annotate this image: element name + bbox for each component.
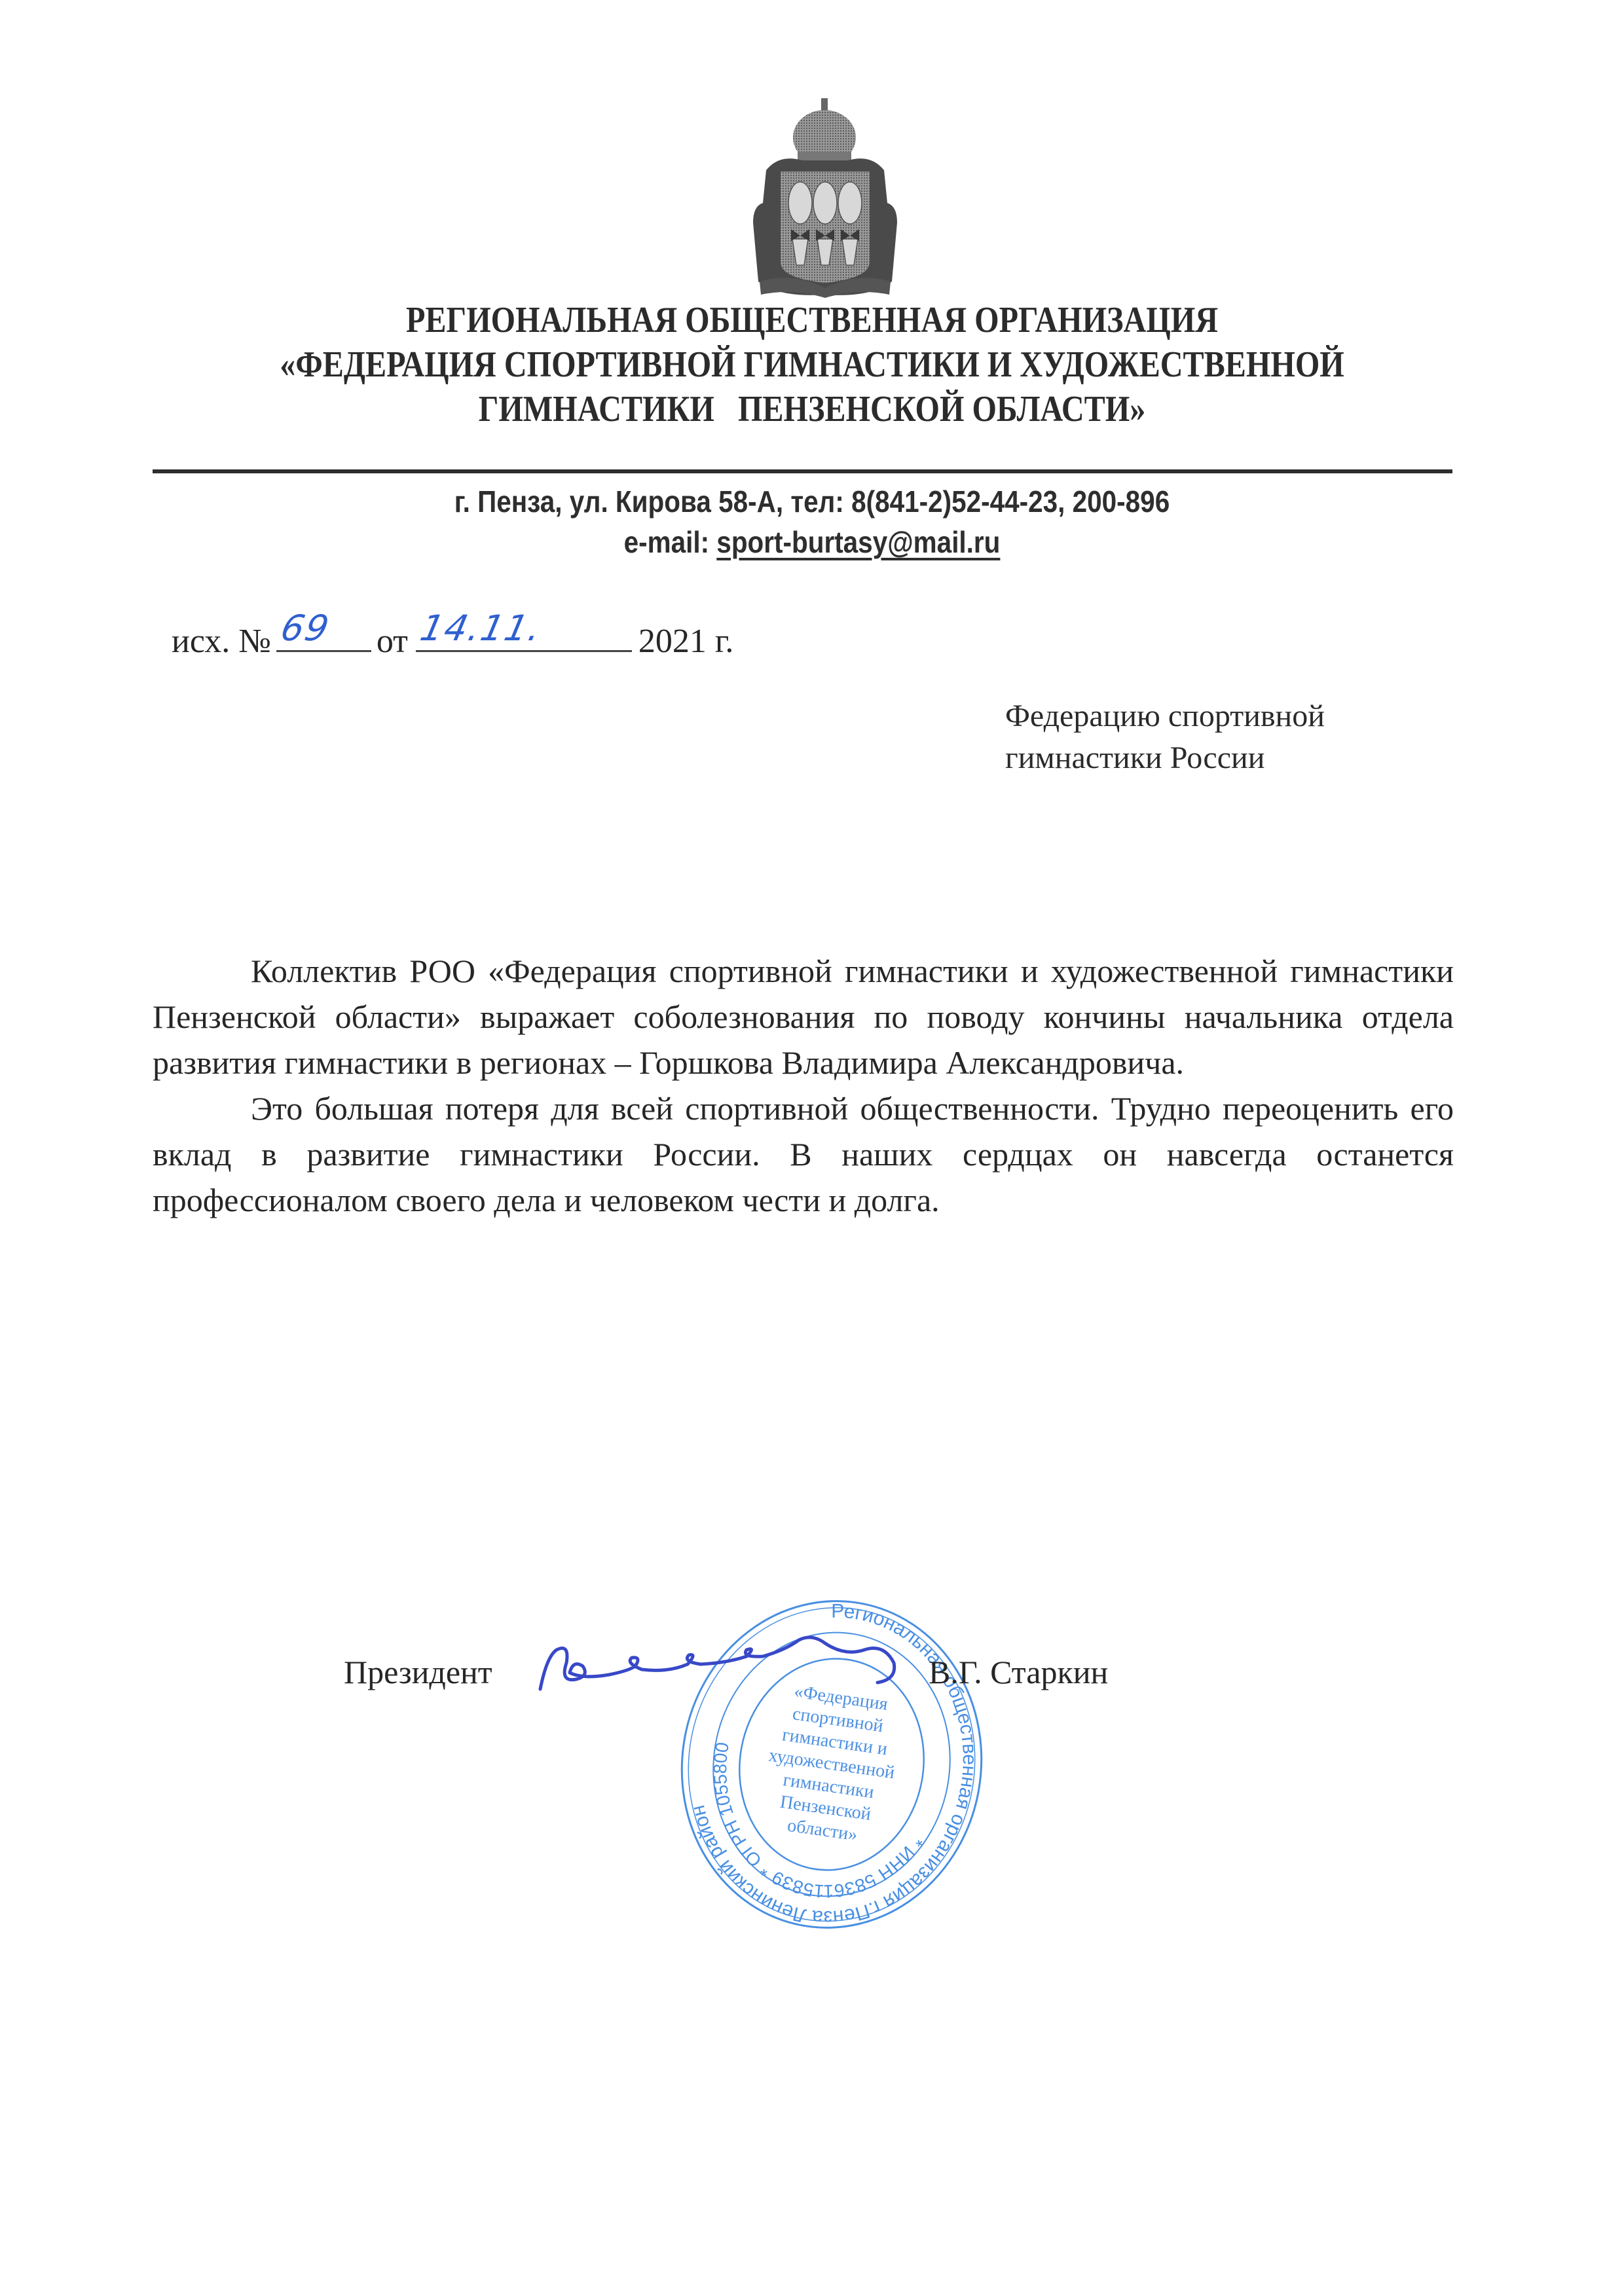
addressee-line-2: гимнастики России [1005,737,1325,779]
email-label: e-mail: [624,525,717,559]
org-title-line-3: ГИМНАСТИКИ ПЕНЗЕНСКОЙ ОБЛАСТИ» [114,387,1511,431]
outgoing-reference: исх. №69от14.11.2021 г. [172,612,733,665]
ref-from-label: от [377,623,408,660]
email-link[interactable]: sport-burtasy@mail.ru [716,525,1000,559]
organization-title: РЕГИОНАЛЬНАЯ ОБЩЕСТВЕННАЯ ОРГАНИЗАЦИЯ «Ф… [114,298,1511,431]
ref-year: 2021 г. [638,623,733,660]
letter-body: Коллектив РОО «Федерация спортивной гимн… [153,948,1454,1223]
signatory-name: В.Г. Старкин [929,1653,1108,1691]
ref-number-handwritten: 69 [276,606,334,651]
ref-prefix: исх. № [172,623,271,660]
handwritten-signature-icon [537,1617,904,1702]
body-paragraph-2: Это большая потеря для всей спортивной о… [153,1085,1454,1223]
email-line: e-mail: sport-burtasy@mail.ru [98,522,1526,562]
ref-date-field: 14.11. [416,612,632,652]
org-title-line-1: РЕГИОНАЛЬНАЯ ОБЩЕСТВЕННАЯ ОРГАНИЗАЦИЯ [114,298,1511,342]
coat-of-arms-icon [740,98,910,301]
addressee: Федерацию спортивной гимнастики России [1005,695,1325,779]
ref-date-handwritten: 14.11. [416,606,546,651]
contact-info: г. Пенза, ул. Кирова 58-А, тел: 8(841-2)… [98,481,1526,562]
ref-number-field: 69 [276,612,371,652]
letterhead-divider [153,469,1452,473]
signatory-title: Президент [344,1653,492,1691]
addressee-line-1: Федерацию спортивной [1005,695,1325,737]
address-line: г. Пенза, ул. Кирова 58-А, тел: 8(841-2)… [98,481,1526,522]
org-title-line-2: «ФЕДЕРАЦИЯ СПОРТИВНОЙ ГИМНАСТИКИ И ХУДОЖ… [114,342,1511,387]
body-paragraph-1: Коллектив РОО «Федерация спортивной гимн… [153,948,1454,1085]
